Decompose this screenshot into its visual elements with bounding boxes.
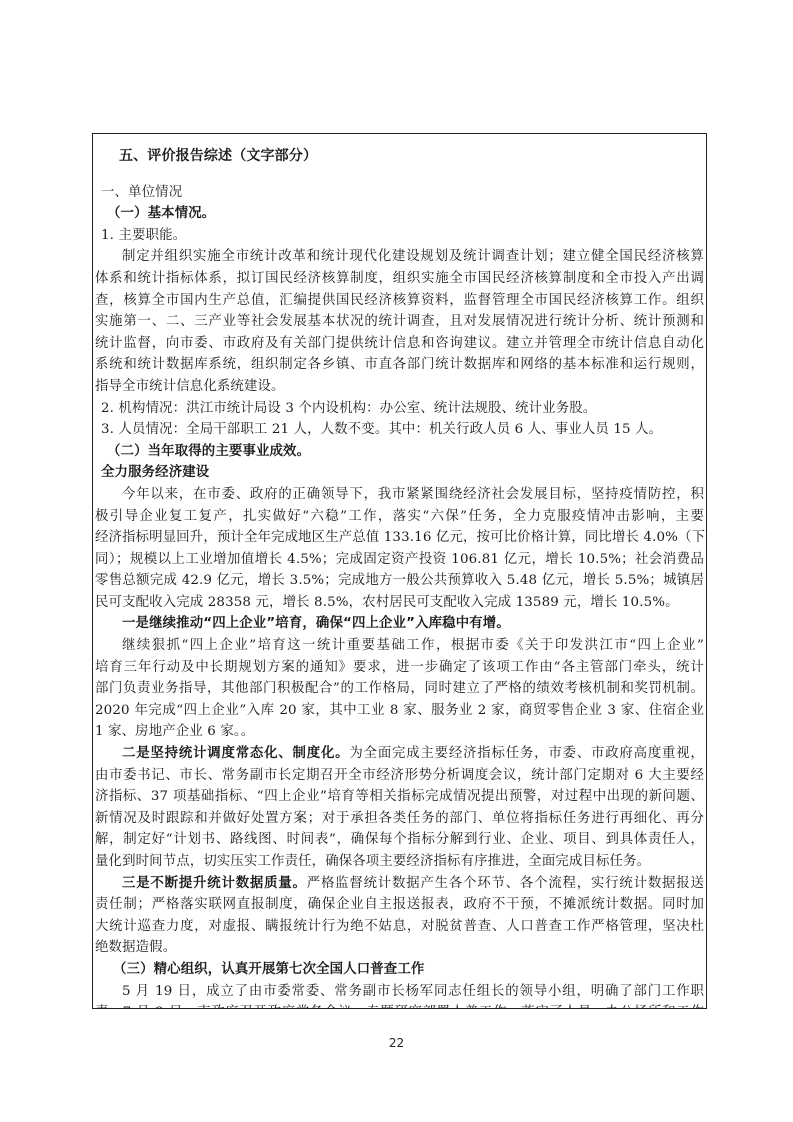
point1-line: 1 家、房地产企业 6 家。。	[95, 721, 704, 743]
item1-line: 制定并组织实施全市统计改革和统计现代化建设规划及统计调查计划；建立健全国民经济核…	[95, 246, 704, 268]
report-content: 五、评价报告综述（文字部分） 一、单位情况 （一）基本情况。 1. 主要职能。 …	[95, 146, 704, 1009]
point1-line: 培育三年行动及中长期规划方案的通知》要求，进一步确定了该项工作由“各主管部门牵头…	[95, 657, 704, 679]
census-line: 责；7 月 2 日，市政府召开政府常务会议，专题研究部署人普工作，落实了人员、办…	[95, 1002, 704, 1009]
item1-line: 系统和统计数据库系统，组织制定各乡镇、市直各部门统计数据库和网络的基本标准和运行…	[95, 354, 704, 376]
point1-line: 2020 年完成“四上企业”入库 20 家，其中工业 8 家、服务业 2 家，商…	[95, 700, 704, 722]
economy-line: 民可支配收入完成 28358 元，增长 8.5%，农村居民可支配收入完成 135…	[95, 592, 704, 614]
sub1-heading: （一）基本情况。	[95, 203, 704, 225]
item1-line: 统计监督，向市委、市政府及有关部门提供统计信息和咨询建议。建立并管理全市统计信息…	[95, 333, 704, 355]
point3-heading: 三是不断提升统计数据质量。	[122, 876, 307, 891]
item3-text: 3. 人员情况：全局干部职工 21 人，人数不变。其中：机关行政人员 6 人、事…	[95, 419, 704, 441]
sub2-heading: （二）当年取得的主要事业成效。	[95, 441, 704, 463]
economy-line: 同）；规模以上工业增加值增长 4.5%；完成固定资产投资 106.81 亿元，增…	[95, 549, 704, 571]
point2-line: 量化到时间节点，切实压实工作责任，确保各项主要经济指标有序推进，全面完成目标任务…	[95, 851, 704, 873]
item1-line: 实施第一、二、三产业等社会发展基本状况的统计调查，且对发展情况进行统计分析、统计…	[95, 311, 704, 333]
item1-line: 查，核算全市国内生产总值，汇编提供国民经济核算资料，监督管理全市国民经济核算工作…	[95, 290, 704, 312]
point2-line: 由市委书记、市长、常务副市长定期召开全市经济形势分析调度会议，统计部门定期对 6…	[95, 765, 704, 787]
point3-first-line: 三是不断提升统计数据质量。严格监督统计数据产生各个环节、各个流程，实行统计数据报…	[95, 873, 704, 895]
point2-line: 济指标、37 项基础指标、“四上企业”培育等相关指标完成情况提出预警，对过程中出…	[95, 786, 704, 808]
page-number: 22	[0, 1036, 793, 1050]
part1-heading: 一、单位情况	[95, 182, 704, 204]
item1-line: 指导全市统计信息化系统建设。	[95, 376, 704, 398]
economy-line: 极引导企业复工复产，扎实做好“六稳”工作，落实“六保”任务，全力克服疫情冲击影响…	[95, 506, 704, 528]
point2-line: 新情况及时跟踪和并做好处置方案；对于承担各类任务的部门、单位将指标任务进行再细化…	[95, 808, 704, 830]
point2-heading: 二是坚持统计调度常态化、制度化。	[122, 746, 349, 761]
item1-line: 体系和统计指标体系，拟订国民经济核算制度，组织实施全市国民经济核算制度和全市投入…	[95, 268, 704, 290]
report-frame: 五、评价报告综述（文字部分） 一、单位情况 （一）基本情况。 1. 主要职能。 …	[92, 133, 707, 1009]
point2-first-rest: 为全面完成主要经济指标任务，市委、市政府高度重视，	[349, 746, 704, 761]
economy-line: 零售总额完成 42.9 亿元，增长 3.5%；完成地方一般公共预算收入 5.48…	[95, 570, 704, 592]
item2-text: 2. 机构情况：洪江市统计局设 3 个内设机构：办公室、统计法规股、统计业务股。	[95, 398, 704, 420]
census-line: 5 月 19 日，成立了由市委常委、常务副市长杨军同志任组长的领导小组，明确了部…	[95, 981, 704, 1003]
point1-line: 继续狠抓“四上企业”培育这一统计重要基础工作，根据市委《关于印发洪江市“四上企业…	[95, 635, 704, 657]
point3-line: 责任制；严格落实联网直报制度，确保企业自主报送报表，政府不干预，不摊派统计数据。…	[95, 894, 704, 916]
point3-line: 绝数据造假。	[95, 937, 704, 959]
point3-line: 大统计巡查力度，对虚报、瞒报统计行为绝不姑息，对脱贫普查、人口普查工作严格管理，…	[95, 916, 704, 938]
section-title: 五、评价报告综述（文字部分）	[95, 146, 704, 168]
point3-first-rest: 严格监督统计数据产生各个环节、各个流程，实行统计数据报送	[307, 876, 704, 891]
point1-line: 部门负责业务指导，其他部门积极配合”的工作格局，同时建立了严格的绩效考核机制和奖…	[95, 678, 704, 700]
point2-first-line: 二是坚持统计调度常态化、制度化。为全面完成主要经济指标任务，市委、市政府高度重视…	[95, 743, 704, 765]
item1-heading: 1. 主要职能。	[95, 225, 704, 247]
economy-heading: 全力服务经济建设	[95, 462, 704, 484]
economy-line: 今年以来，在市委、政府的正确领导下，我市紧紧围绕经济社会发展目标，坚持疫情防控，…	[95, 484, 704, 506]
point1-heading: 一是继续推动“四上企业”培育，确保“四上企业”入库稳中有增。	[95, 613, 704, 635]
sub3-heading: （三）精心组织，认真开展第七次全国人口普查工作	[95, 959, 704, 981]
economy-line: 经济指标明显回升，预计全年完成地区生产总值 133.16 亿元，按可比价格计算，…	[95, 527, 704, 549]
point2-line: 解，制定好“计划书、路线图、时间表”，确保每个指标分解到行业、企业、项目、到具体…	[95, 829, 704, 851]
